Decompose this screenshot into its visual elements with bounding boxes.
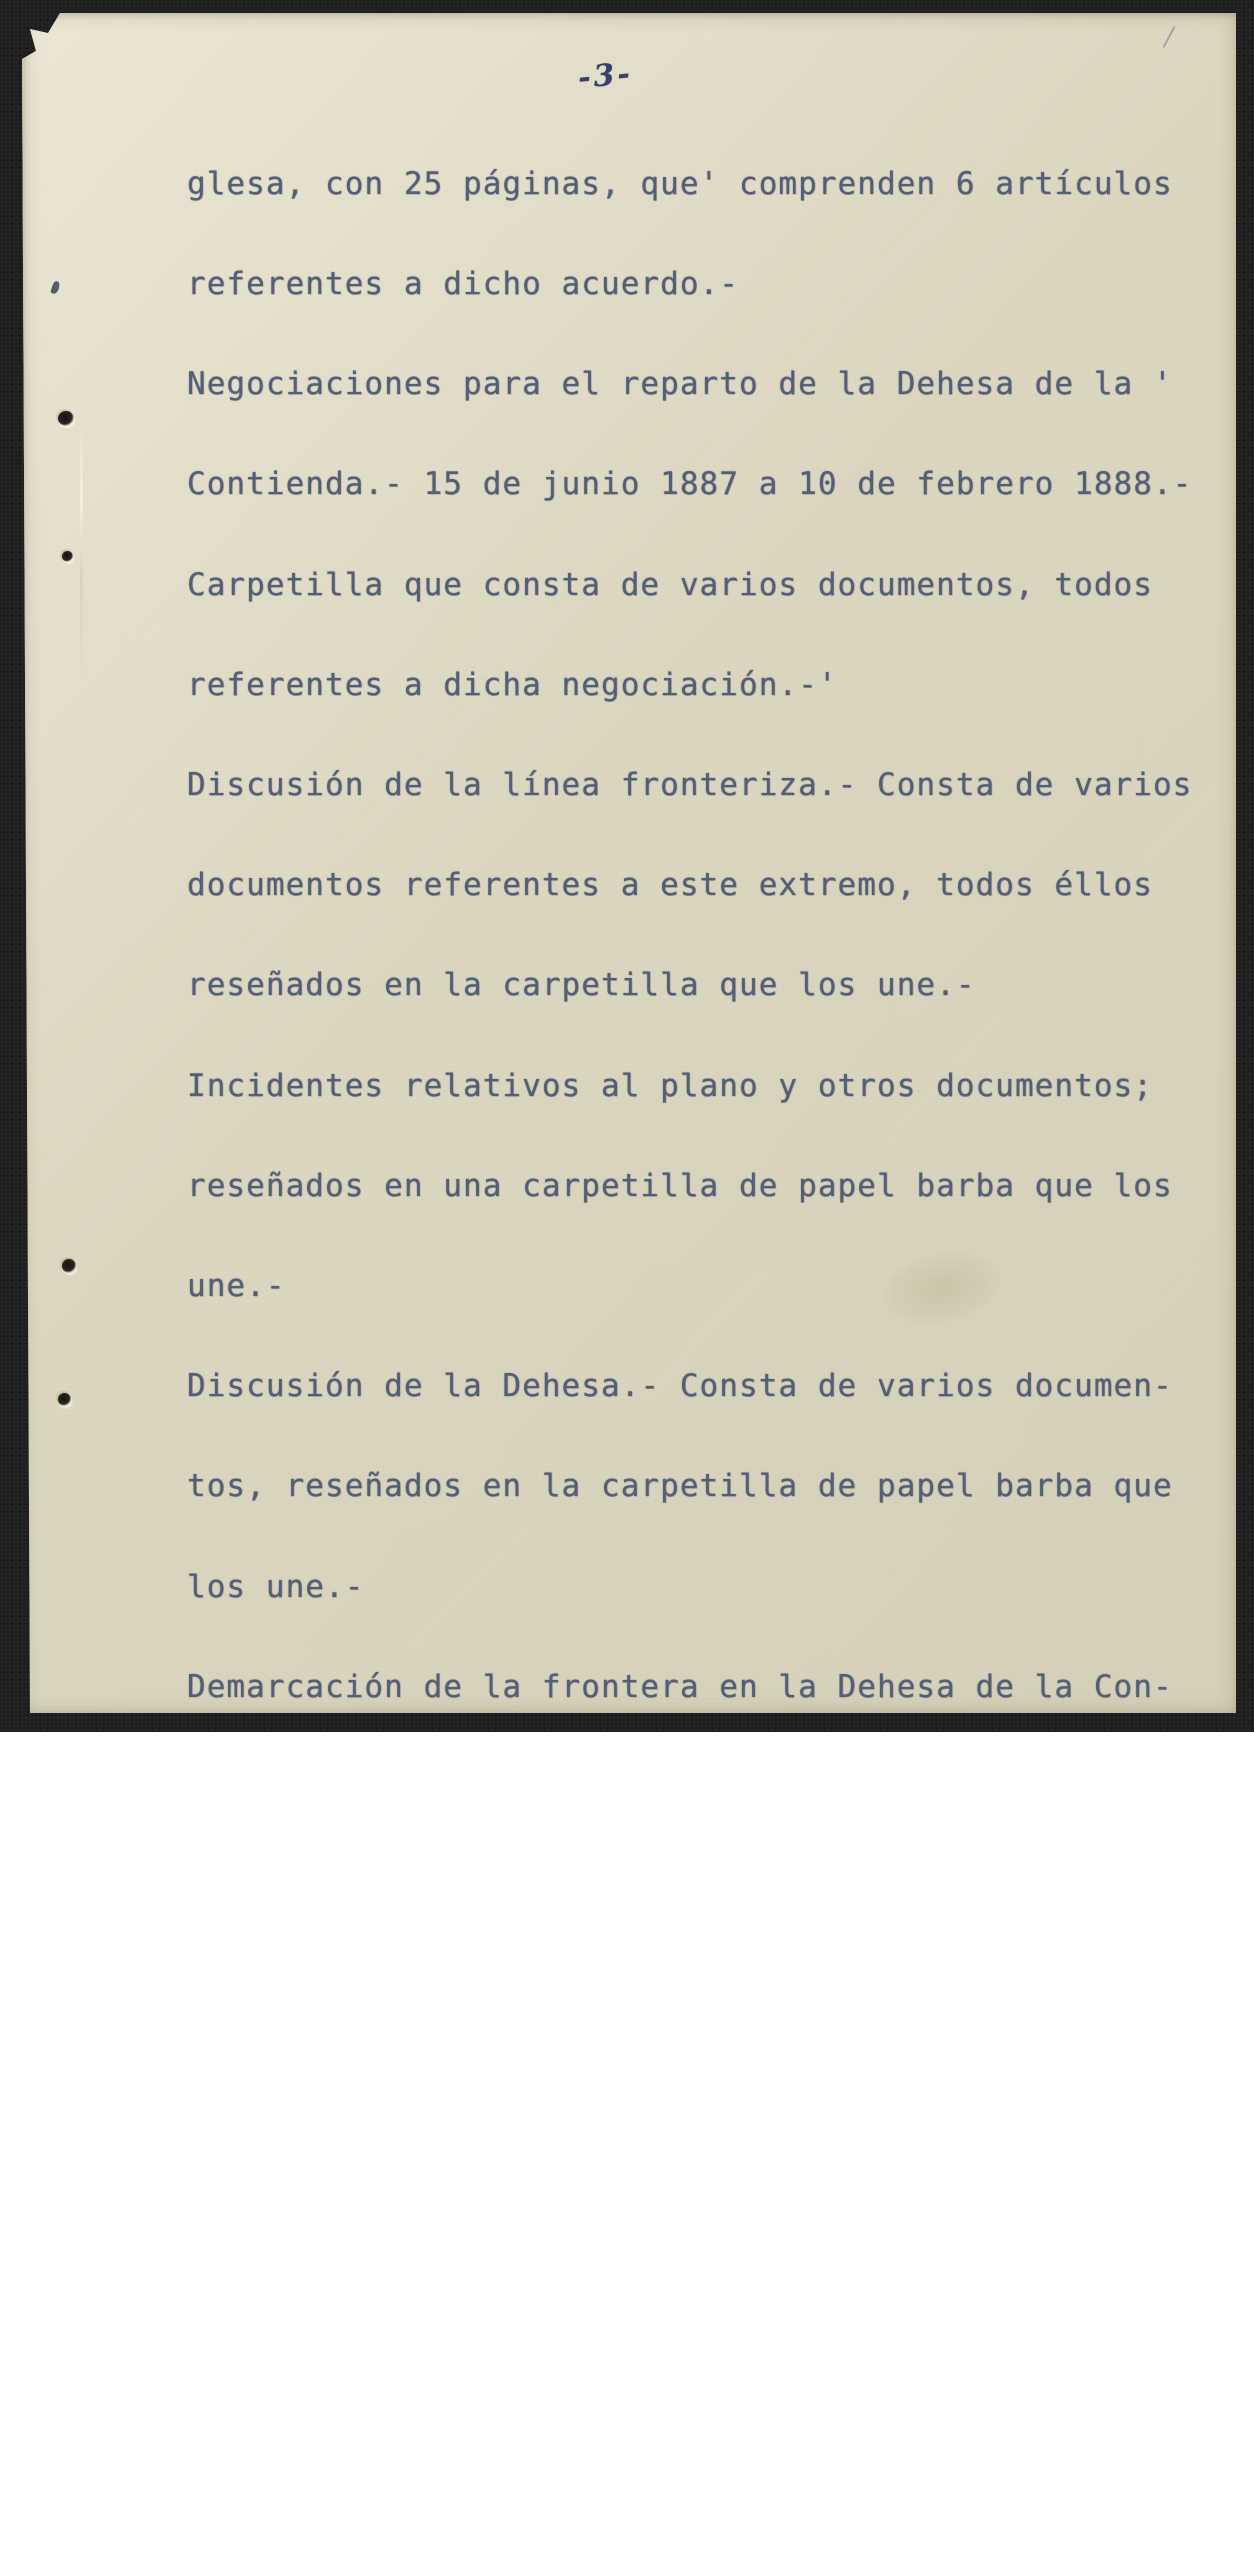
punch-hole [62, 551, 73, 562]
text-line: reseñados en la carpetilla que los une.- [187, 969, 1227, 1002]
text-line: los une.- [187, 1571, 1227, 1604]
scan-background: -3- glesa, con 25 páginas, que' comprend… [0, 0, 1254, 1732]
text-line: tos, reseñados en la carpetilla de papel… [187, 1470, 1227, 1503]
text-line: une.- [187, 1270, 1227, 1303]
text-line: Carpetilla que consta de varios document… [187, 569, 1227, 602]
punch-hole [58, 1393, 71, 1406]
text-line: documentos referentes a este extremo, to… [187, 869, 1227, 902]
text-line: Demarcación de la frontera en la Dehesa … [187, 1671, 1227, 1704]
text-line: referentes a dicho acuerdo.- [187, 268, 1227, 301]
text-line: reseñados en una carpetilla de papel bar… [187, 1170, 1227, 1203]
document-page: -3- glesa, con 25 páginas, que' comprend… [22, 13, 1236, 1713]
text-line: Discusión de la línea fronteriza.- Const… [187, 769, 1227, 802]
ink-speck [50, 280, 61, 295]
text-line: Incidentes relativos al plano y otros do… [187, 1070, 1227, 1103]
text-line: glesa, con 25 páginas, que' comprenden 6… [187, 168, 1227, 201]
paper-crease [80, 421, 83, 681]
text-line: referentes a dicha negociación.-' [187, 669, 1227, 702]
text-line: Discusión de la Dehesa.- Consta de vario… [187, 1370, 1227, 1403]
punch-hole [62, 1259, 76, 1273]
text-line: Contienda.- 15 de junio 1887 a 10 de feb… [187, 468, 1227, 501]
typewritten-text-block: glesa, con 25 páginas, que' comprenden 6… [187, 101, 1227, 1732]
punch-hole [58, 411, 74, 426]
pen-mark [1162, 26, 1175, 48]
text-line: Negociaciones para el reparto de la Dehe… [187, 368, 1227, 401]
page-number: -3- [577, 53, 670, 96]
